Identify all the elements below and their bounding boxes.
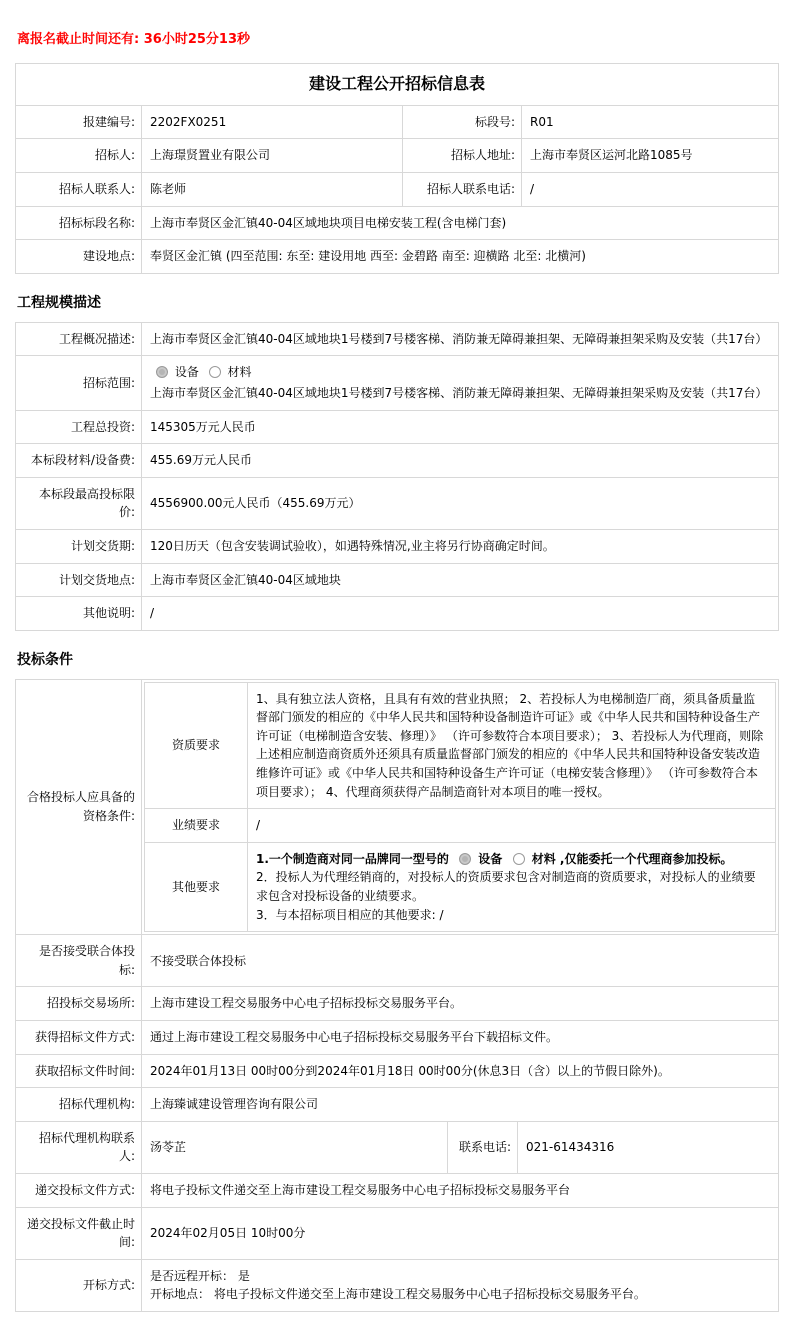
- field-label-qualification: 合格投标人应具备的资格条件:: [16, 679, 142, 935]
- field-value-delivery-period: 120日历天（包含安装调试验收），如遇特殊情况,业主将另行协商确定时间。: [142, 529, 779, 563]
- other-req-line1-suffix: ,仅能委托一个代理商参加投标。: [560, 852, 733, 866]
- field-label-trading-venue: 招投标交易场所:: [16, 987, 142, 1021]
- field-value-section-no: R01: [522, 105, 779, 139]
- field-value-opening-method: 是否远程开标： 是 开标地点： 将电子投标文件递交至上海市建设工程交易服务中心电…: [142, 1259, 779, 1311]
- table-row: 计划交货地点: 上海市奉贤区金汇镇40-04区域地块: [16, 563, 779, 597]
- opening-remote-line: 是否远程开标： 是: [150, 1267, 770, 1286]
- field-value-price-limit: 4556900.00元人民币（455.69万元）: [142, 477, 779, 529]
- registration-countdown: 离报名截止时间还有: 36小时25分13秒: [17, 28, 778, 47]
- field-label-consortium: 是否接受联合体投标:: [16, 935, 142, 987]
- material-radio-label: 材料: [532, 852, 556, 866]
- field-value-agency: 上海臻诚建设管理咨询有限公司: [142, 1088, 779, 1122]
- field-label-agency-phone: 联系电话:: [448, 1121, 518, 1173]
- sub-label-performance-req: 业绩要求: [145, 809, 248, 843]
- table-row: 工程总投资: 145305万元人民币: [16, 410, 779, 444]
- field-label-submit-method: 递交投标文件方式:: [16, 1173, 142, 1207]
- table-row: 是否接受联合体投标: 不接受联合体投标: [16, 935, 779, 987]
- other-req-line3: 3．与本招标项目相应的其他要求: /: [256, 906, 767, 925]
- field-label-tenderer-address: 招标人地址:: [403, 139, 522, 173]
- sub-value-other-req: 1.一个制造商对同一品牌同一型号的 设备 材料 ,仅能委托一个代理商参加投标。 …: [248, 842, 776, 931]
- page-title: 建设工程公开招标信息表: [16, 64, 779, 106]
- field-value-other-note: /: [142, 597, 779, 631]
- equipment-radio[interactable]: [156, 366, 168, 378]
- field-value-section-name: 上海市奉贤区金汇镇40-04区域地块项目电梯安装工程(含电梯门套): [142, 206, 779, 240]
- opening-place-line: 开标地点： 将电子投标文件递交至上海市建设工程交易服务中心电子招标投标交易服务平…: [150, 1285, 770, 1304]
- material-radio[interactable]: [513, 853, 525, 865]
- table-row: 招标代理机构联系人: 汤苓芷 联系电话: 021-61434316: [16, 1121, 779, 1173]
- field-label-section-name: 招标标段名称:: [16, 206, 142, 240]
- field-value-tenderer-address: 上海市奉贤区运河北路1085号: [522, 139, 779, 173]
- field-label-other-note: 其他说明:: [16, 597, 142, 631]
- field-value-agency-contact: 汤苓芷: [142, 1121, 448, 1173]
- field-label-project-no: 报建编号:: [16, 105, 142, 139]
- qualification-nested-cell: 资质要求 1、具有独立法人资格，且具有有效的营业执照； 2、若投标人为电梯制造厂…: [142, 679, 779, 935]
- field-value-construction-site: 奉贤区金汇镇 (四至范围: 东至: 建设用地 西至: 金碧路 南至: 迎横路 北…: [142, 240, 779, 274]
- table-row: 资质要求 1、具有独立法人资格，且具有有效的营业执照； 2、若投标人为电梯制造厂…: [145, 682, 776, 809]
- equipment-radio[interactable]: [459, 853, 471, 865]
- main-info-table: 建设工程公开招标信息表 报建编号: 2202FX0251 标段号: R01 招标…: [15, 63, 779, 274]
- countdown-value: 36小时25分13秒: [144, 32, 250, 47]
- table-row: 建设地点: 奉贤区金汇镇 (四至范围: 东至: 建设用地 西至: 金碧路 南至:…: [16, 240, 779, 274]
- field-label-tenderer-phone: 招标人联系电话:: [403, 172, 522, 206]
- table-row: 招标范围: 设备 材料 上海市奉贤区金汇镇40-04区域地块1号楼到7号楼客梯、…: [16, 356, 779, 410]
- table-row: 获取招标文件时间: 2024年01月13日 00时00分到2024年01月18日…: [16, 1054, 779, 1088]
- field-value-tenderer-contact: 陈老师: [142, 172, 403, 206]
- section-heading-bid-conditions: 投标条件: [17, 649, 778, 669]
- field-label-obtain-doc-time: 获取招标文件时间:: [16, 1054, 142, 1088]
- other-req-line1-prefix: 1.一个制造商对同一品牌同一型号的: [256, 852, 449, 866]
- field-label-delivery-place: 计划交货地点:: [16, 563, 142, 597]
- table-row: 开标方式: 是否远程开标： 是 开标地点： 将电子投标文件递交至上海市建设工程交…: [16, 1259, 779, 1311]
- field-label-section-no: 标段号:: [403, 105, 522, 139]
- table-row: 计划交货期: 120日历天（包含安装调试验收），如遇特殊情况,业主将另行协商确定…: [16, 529, 779, 563]
- field-label-agency: 招标代理机构:: [16, 1088, 142, 1122]
- table-row: 合格投标人应具备的资格条件: 资质要求 1、具有独立法人资格，且具有有效的营业执…: [16, 679, 779, 935]
- sub-label-other-req: 其他要求: [145, 842, 248, 931]
- material-radio[interactable]: [209, 366, 221, 378]
- bid-scope-text: 上海市奉贤区金汇镇40-04区域地块1号楼到7号楼客梯、消防兼无障碍兼担架、无障…: [150, 384, 770, 403]
- section-heading-project-scale: 工程规模描述: [17, 292, 778, 312]
- field-value-consortium: 不接受联合体投标: [142, 935, 779, 987]
- table-row: 其他要求 1.一个制造商对同一品牌同一型号的 设备 材料 ,仅能委托一个代理商参…: [145, 842, 776, 931]
- bid-conditions-table: 合格投标人应具备的资格条件: 资质要求 1、具有独立法人资格，且具有有效的营业执…: [15, 679, 779, 1312]
- field-value-submit-deadline: 2024年02月05日 10时00分: [142, 1207, 779, 1259]
- equipment-radio-label: 设备: [175, 365, 199, 379]
- field-label-tenderer: 招标人:: [16, 139, 142, 173]
- field-value-overview: 上海市奉贤区金汇镇40-04区域地块1号楼到7号楼客梯、消防兼无障碍兼担架、无障…: [142, 322, 779, 356]
- field-label-opening-method: 开标方式:: [16, 1259, 142, 1311]
- table-row: 本标段最高投标限价: 4556900.00元人民币（455.69万元）: [16, 477, 779, 529]
- field-label-construction-site: 建设地点:: [16, 240, 142, 274]
- project-scale-table: 工程概况描述: 上海市奉贤区金汇镇40-04区域地块1号楼到7号楼客梯、消防兼无…: [15, 322, 779, 631]
- field-label-agency-contact: 招标代理机构联系人:: [16, 1121, 142, 1173]
- table-row: 招标标段名称: 上海市奉贤区金汇镇40-04区域地块项目电梯安装工程(含电梯门套…: [16, 206, 779, 240]
- field-label-obtain-doc-method: 获得招标文件方式:: [16, 1021, 142, 1055]
- qualification-sub-table: 资质要求 1、具有独立法人资格，且具有有效的营业执照； 2、若投标人为电梯制造厂…: [144, 682, 776, 933]
- field-label-delivery-period: 计划交货期:: [16, 529, 142, 563]
- field-label-material-cost: 本标段材料/设备费:: [16, 444, 142, 478]
- table-row: 递交投标文件截止时间: 2024年02月05日 10时00分: [16, 1207, 779, 1259]
- bidding-info-page: 离报名截止时间还有: 36小时25分13秒 建设工程公开招标信息表 报建编号: …: [0, 0, 793, 1322]
- field-label-price-limit: 本标段最高投标限价:: [16, 477, 142, 529]
- field-value-trading-venue: 上海市建设工程交易服务中心电子招标投标交易服务平台。: [142, 987, 779, 1021]
- table-row: 递交投标文件方式: 将电子投标文件递交至上海市建设工程交易服务中心电子招标投标交…: [16, 1173, 779, 1207]
- field-value-tenderer-phone: /: [522, 172, 779, 206]
- equipment-radio-label: 设备: [478, 852, 502, 866]
- countdown-label: 离报名截止时间还有:: [17, 32, 139, 47]
- field-label-tenderer-contact: 招标人联系人:: [16, 172, 142, 206]
- field-value-obtain-doc-time: 2024年01月13日 00时00分到2024年01月18日 00时00分(休息…: [142, 1054, 779, 1088]
- field-value-agency-phone: 021-61434316: [518, 1121, 779, 1173]
- sub-value-performance-req: /: [248, 809, 776, 843]
- table-row: 本标段材料/设备费: 455.69万元人民币: [16, 444, 779, 478]
- field-value-delivery-place: 上海市奉贤区金汇镇40-04区域地块: [142, 563, 779, 597]
- field-value-bid-scope: 设备 材料 上海市奉贤区金汇镇40-04区域地块1号楼到7号楼客梯、消防兼无障碍…: [142, 356, 779, 410]
- field-value-obtain-doc-method: 通过上海市建设工程交易服务中心电子招标投标交易服务平台下载招标文件。: [142, 1021, 779, 1055]
- table-row: 业绩要求 /: [145, 809, 776, 843]
- table-row: 其他说明: /: [16, 597, 779, 631]
- field-value-material-cost: 455.69万元人民币: [142, 444, 779, 478]
- field-value-submit-method: 将电子投标文件递交至上海市建设工程交易服务中心电子招标投标交易服务平台: [142, 1173, 779, 1207]
- other-req-line2: 2．投标人为代理经销商的，对投标人的资质要求包含对制造商的资质要求，对投标人的业…: [256, 868, 767, 905]
- sub-value-qualification-req: 1、具有独立法人资格，且具有有效的营业执照； 2、若投标人为电梯制造厂商，须具备…: [248, 682, 776, 809]
- table-row: 报建编号: 2202FX0251 标段号: R01: [16, 105, 779, 139]
- table-row: 招标人: 上海璟贤置业有限公司 招标人地址: 上海市奉贤区运河北路1085号: [16, 139, 779, 173]
- field-label-submit-deadline: 递交投标文件截止时间:: [16, 1207, 142, 1259]
- sub-label-qualification-req: 资质要求: [145, 682, 248, 809]
- field-label-bid-scope: 招标范围:: [16, 356, 142, 410]
- field-value-tenderer: 上海璟贤置业有限公司: [142, 139, 403, 173]
- table-row: 工程概况描述: 上海市奉贤区金汇镇40-04区域地块1号楼到7号楼客梯、消防兼无…: [16, 322, 779, 356]
- table-row: 获得招标文件方式: 通过上海市建设工程交易服务中心电子招标投标交易服务平台下载招…: [16, 1021, 779, 1055]
- table-row: 招投标交易场所: 上海市建设工程交易服务中心电子招标投标交易服务平台。: [16, 987, 779, 1021]
- field-value-project-no: 2202FX0251: [142, 105, 403, 139]
- field-label-overview: 工程概况描述:: [16, 322, 142, 356]
- table-row: 招标代理机构: 上海臻诚建设管理咨询有限公司: [16, 1088, 779, 1122]
- field-value-total-investment: 145305万元人民币: [142, 410, 779, 444]
- material-radio-label: 材料: [228, 365, 252, 379]
- table-row: 招标人联系人: 陈老师 招标人联系电话: /: [16, 172, 779, 206]
- field-label-total-investment: 工程总投资:: [16, 410, 142, 444]
